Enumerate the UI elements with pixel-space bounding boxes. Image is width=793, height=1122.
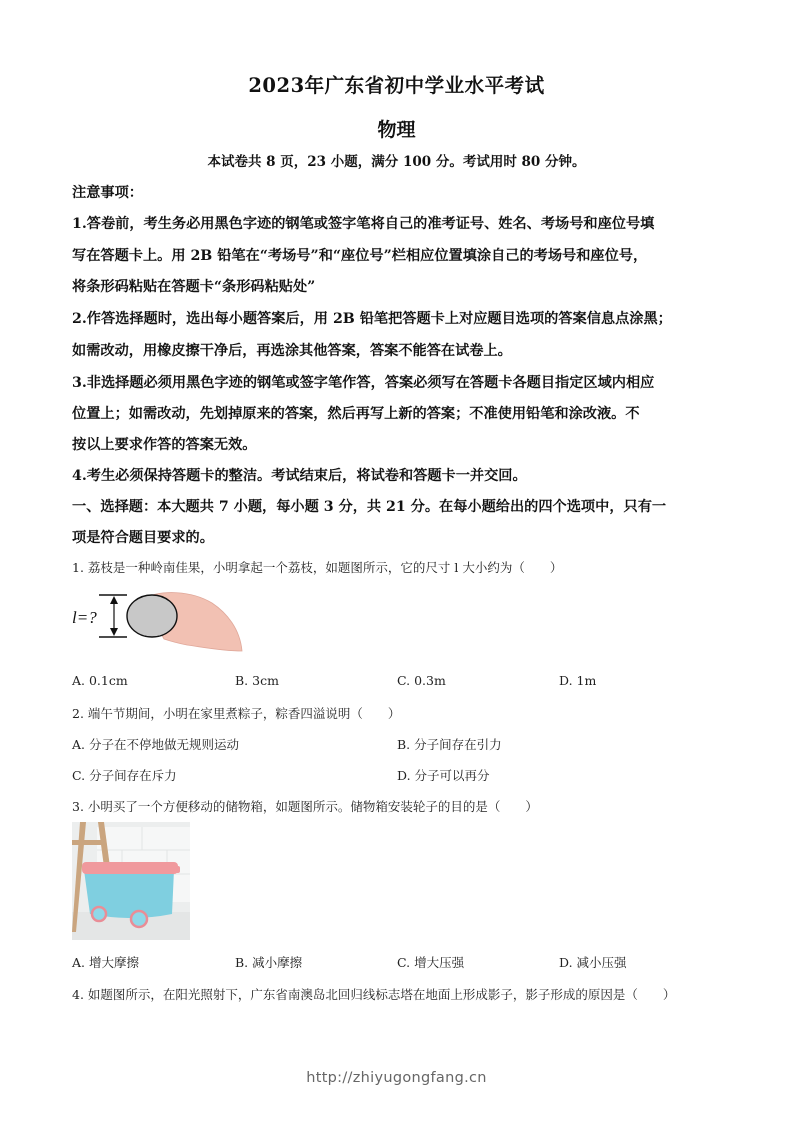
storage-box-photo [72, 822, 190, 940]
notice-line: 写在答题卡上。用 2B 铅笔在“考场号”和“座位号”栏相应位置填涂自己的考场号和… [72, 245, 647, 265]
notice-line: 1.答卷前，考生务必用黑色字迹的钢笔或签字笔将自己的准考证号、姓名、考场号和座位… [72, 213, 654, 233]
notice-heading: 注意事项： [72, 182, 143, 202]
question-2-stem: 2. 端午节期间，小明在家里煮粽子，粽香四溢说明（ ） [72, 704, 400, 722]
option-d: D. 分子可以再分 [397, 766, 490, 784]
option-c: C. 分子间存在斥力 [72, 766, 177, 784]
option-b: B. 3cm [235, 673, 279, 688]
subject-title: 物理 [0, 115, 793, 142]
option-b: B. 分子间存在引力 [397, 735, 502, 753]
option-a: A. 增大摩擦 [72, 953, 139, 971]
lychee-hand-illustration: l=? [72, 585, 247, 657]
notice-line: 将条形码粘贴在答题卡“条形码粘贴处” [72, 276, 315, 296]
question-3-stem: 3. 小明买了一个方便移动的储物箱，如题图所示。储物箱安装轮子的目的是（ ） [72, 797, 538, 815]
notice-line: 如需改动，用橡皮擦干净后，再选涂其他答案，答案不能答在试卷上。 [72, 340, 512, 360]
length-label: l=? [72, 608, 97, 627]
option-c: C. 0.3m [397, 673, 446, 688]
question-1-stem: 1. 荔枝是一种岭南佳果，小明拿起一个荔枝，如题图所示，它的尺寸 l 大小约为（… [72, 558, 562, 576]
notice-line: 4.考生必须保持答题卡的整洁。考试结束后，将试卷和答题卡一并交回。 [72, 465, 527, 485]
option-b: B. 减小摩擦 [235, 953, 302, 971]
exam-info: 本试卷共 8 页，23 小题，满分 100 分。考试用时 80 分钟。 [0, 150, 793, 170]
notice-line: 位置上；如需改动，先划掉原来的答案，然后再写上新的答案；不准使用铅笔和涂改液。不 [72, 403, 640, 423]
notice-line: 按以上要求作答的答案无效。 [72, 434, 256, 454]
notice-line: 2.作答选择题时，选出每小题答案后，用 2B 铅笔把答题卡上对应题目选项的答案信… [72, 308, 672, 328]
lychee-figure: l=? [72, 585, 247, 657]
option-a: A. 0.1cm [72, 673, 128, 688]
option-a: A. 分子在不停地做无规则运动 [72, 735, 239, 753]
exam-title: 2023年广东省初中学业水平考试 [0, 70, 793, 98]
footer-url: http://zhiyugongfang.cn [0, 1070, 793, 1086]
question-4-stem: 4. 如题图所示，在阳光照射下，广东省南澳岛北回归线标志塔在地面上形成影子，影子… [72, 985, 675, 1003]
section-heading: 一、选择题：本大题共 7 小题，每小题 3 分，共 21 分。在每小题给出的四个… [72, 496, 666, 516]
option-d: D. 1m [559, 673, 596, 688]
option-d: D. 减小压强 [559, 953, 627, 971]
section-heading: 项是符合题目要求的。 [72, 527, 214, 547]
notice-line: 3.非选择题必须用黑色字迹的钢笔或签字笔作答，答案必须写在答题卡各题目指定区域内… [72, 372, 654, 392]
option-c: C. 增大压强 [397, 953, 464, 971]
